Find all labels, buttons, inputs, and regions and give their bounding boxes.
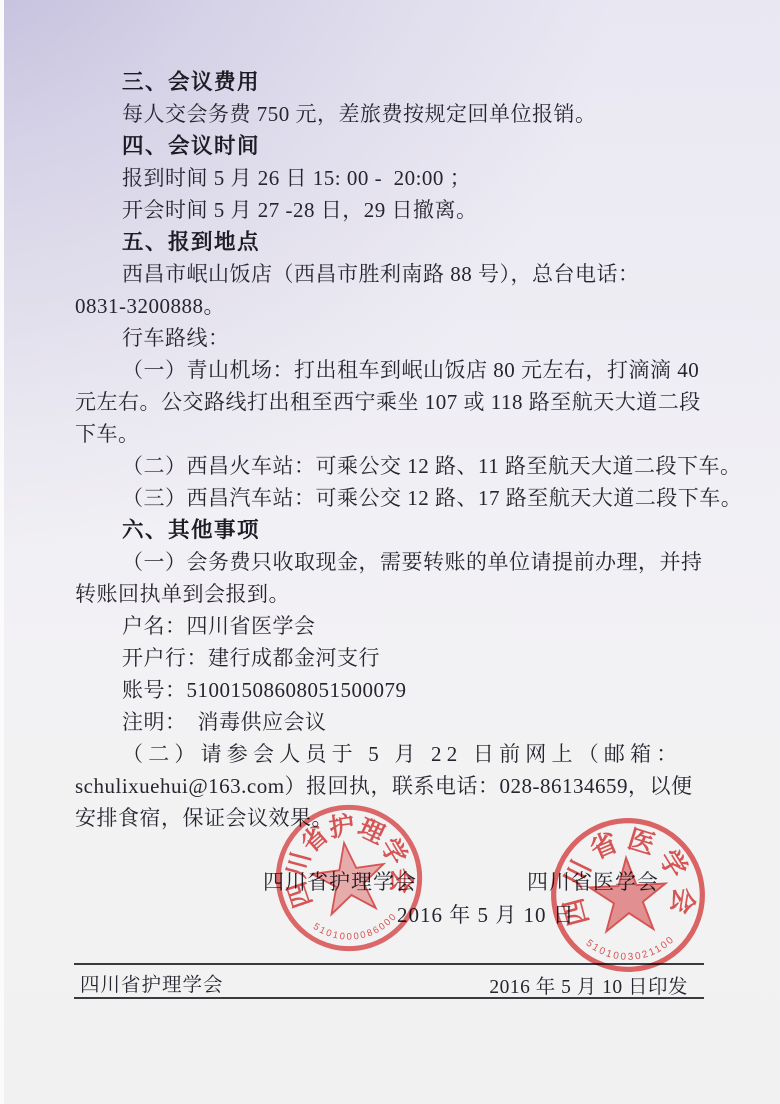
- seal-code: 5101003021100: [583, 933, 678, 965]
- doc-line: 开会时间 5 月 27 -28 日，29 日撤离。: [75, 194, 723, 226]
- footer-rule-bottom: [74, 997, 704, 999]
- doc-line: （二）请参会人员于 5 月 22 日前网上（邮箱：: [75, 738, 723, 770]
- doc-line: 每人交会务费 750 元，差旅费按规定回单位报销。: [75, 98, 723, 130]
- doc-line: （三）西昌汽车站：可乘公交 12 路、17 路至航天大道二段下车。: [75, 482, 723, 514]
- doc-line: 四、会议时间: [75, 130, 723, 162]
- doc-line: 下车。: [75, 418, 723, 450]
- doc-line: 元左右。公交路线打出租至西宁乘坐 107 或 118 路至航天大道二段: [75, 386, 723, 418]
- footer-rule-top: [74, 963, 704, 965]
- svg-text:5101003021100: 5101003021100: [583, 933, 678, 965]
- doc-line: 五、报到地点: [75, 226, 723, 258]
- doc-line: 行车路线：: [75, 322, 723, 354]
- doc-line: （一）青山机场：打出租车到岷山饭店 80 元左右，打滴滴 40: [75, 354, 723, 386]
- doc-line: schulixuehui@163.com）报回执，联系电话：028-861346…: [75, 770, 723, 802]
- signature-nursing-association: 四川省护理学会: [263, 866, 417, 896]
- doc-line: 开户行：建行成都金河支行: [75, 642, 723, 674]
- document-body: 三、会议费用每人交会务费 750 元，差旅费按规定回单位报销。四、会议时间报到时…: [75, 66, 723, 834]
- footer-issuer: 四川省护理学会: [80, 969, 224, 997]
- doc-line: （一）会务费只收取现金，需要转账的单位请提前办理，并持: [75, 546, 723, 578]
- doc-line: （二）西昌火车站：可乘公交 12 路、11 路至航天大道二段下车。: [75, 450, 723, 482]
- footer-print-date: 2016 年 5 月 10 日印发: [489, 971, 688, 999]
- doc-line: 西昌市岷山饭店（西昌市胜利南路 88 号），总台电话：: [75, 258, 723, 290]
- doc-line: 三、会议费用: [75, 66, 723, 98]
- doc-line: 户名：四川省医学会: [75, 610, 723, 642]
- doc-line: 六、其他事项: [75, 514, 723, 546]
- scanned-document-page: 三、会议费用每人交会务费 750 元，差旅费按规定回单位报销。四、会议时间报到时…: [0, 0, 780, 1104]
- doc-line: 账号：51001508608051500079: [75, 674, 723, 706]
- seal-code: 5101000086000: [310, 910, 403, 949]
- doc-line: 0831-3200888。: [75, 290, 723, 322]
- svg-text:5101000086000: 5101000086000: [310, 910, 403, 949]
- doc-line: 注明： 消毒供应会议: [75, 706, 723, 738]
- signature-date: 2016 年 5 月 10 日: [397, 899, 575, 929]
- doc-line: 安排食宿，保证会议效果。: [75, 802, 723, 834]
- signature-medical-association: 四川省医学会: [527, 866, 659, 896]
- doc-line: 转账回执单到会报到。: [75, 578, 723, 610]
- doc-line: 报到时间 5 月 26 日 15: 00 - 20:00 ；: [75, 162, 723, 194]
